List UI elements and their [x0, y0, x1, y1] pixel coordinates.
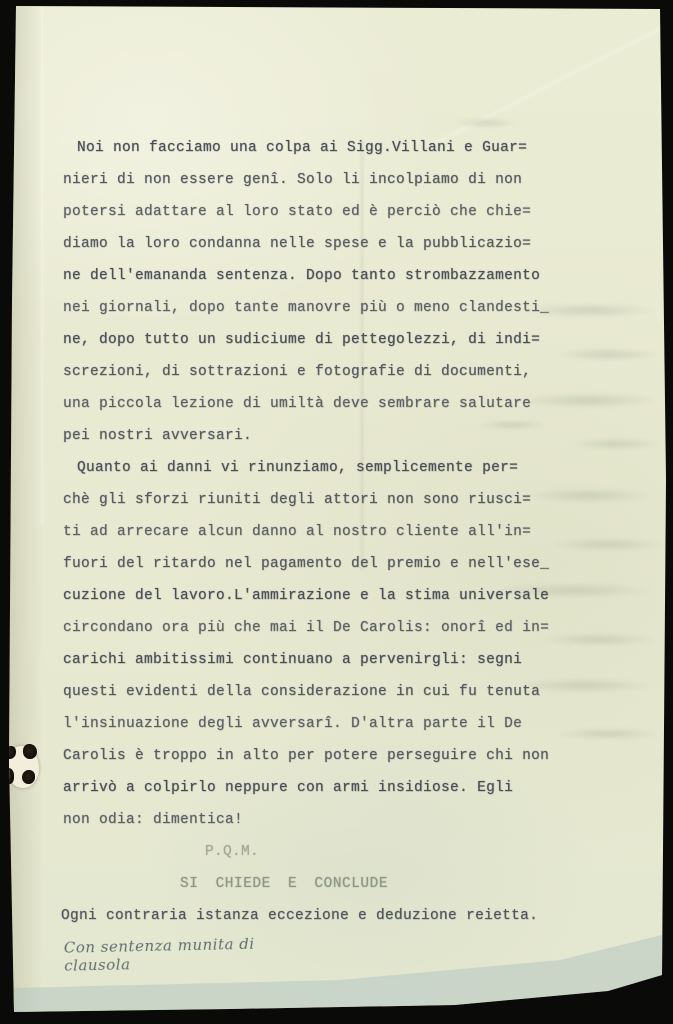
punch-hole: [2, 768, 14, 784]
typed-line: carichi ambitissimi continuano a perveni…: [63, 644, 543, 676]
typed-line: arrivò a colpirlo neppure con armi insid…: [63, 772, 543, 804]
typed-line: screzioni, di sottrazioni e fotografie d…: [63, 356, 543, 388]
typed-line: Noi non facciamo una colpa ai Sigg.Villa…: [63, 132, 543, 164]
bleed-through-mark: [558, 728, 658, 740]
punch-hole: [23, 744, 37, 759]
typed-line: nei giornali, dopo tante manovre più o m…: [63, 292, 543, 324]
typed-line: non odia: dimentica!: [63, 804, 543, 836]
punch-hole-tear: [1, 740, 45, 794]
bleed-through-mark: [553, 538, 663, 551]
typed-line: chè gli sforzi riuniti degli attori non …: [63, 484, 543, 516]
typed-line: una piccola lezione di umiltà deve sembr…: [63, 388, 543, 420]
bleed-through-mark: [528, 488, 650, 503]
typed-line: questi evidenti della considerazione in …: [63, 676, 543, 708]
typed-line: Quanto ai danni vi rinunziamo, semplicem…: [63, 452, 543, 484]
handwritten-annotation: Con sentenza munita di clausola: [64, 933, 325, 974]
typed-line: diamo la loro condanna nelle spese e la …: [63, 228, 543, 260]
bleed-through-mark: [558, 348, 658, 361]
photo-background: Noi non facciamo una colpa ai Sigg.Villa…: [0, 0, 673, 1024]
paragraph-2: Quanto ai danni vi rinunziamo, semplicem…: [63, 452, 543, 836]
typed-line: ti ad arrecare alcun danno al nostro cli…: [63, 516, 543, 548]
typed-line: circondano ora più che mai il De Carolis…: [63, 612, 543, 644]
fold-line-left: [41, 6, 43, 526]
punch-hole: [22, 770, 35, 784]
typed-line: l'insinuazione degli avversarî. D'altra …: [63, 708, 543, 740]
typed-line: fuori del ritardo nel pagamento del prem…: [63, 548, 543, 580]
page-curve-shading: [9, 0, 43, 1024]
typed-line: cuzione del lavoro.L'ammirazione e la st…: [63, 580, 543, 612]
typed-line: ne, dopo tutto un sudiciume di pettegole…: [63, 324, 543, 356]
typed-line: pei nostri avversari.: [63, 420, 543, 452]
paragraph-1: Noi non facciamo una colpa ai Sigg.Villa…: [63, 132, 543, 452]
bleed-through-mark: [543, 633, 655, 646]
typed-line: Carolis è troppo in alto per potere pers…: [63, 740, 543, 772]
typed-line: nieri di non essere genî. Solo li incolp…: [63, 164, 543, 196]
typed-line: ne dell'emananda sentenza. Dopo tanto st…: [63, 260, 543, 292]
closing-line: Ogni contraria istanza eccezione e deduz…: [61, 900, 543, 932]
conclusion-heading: SI CHIEDE E CONCLUDE: [63, 868, 543, 900]
document-page: Noi non facciamo una colpa ai Sigg.Villa…: [0, 0, 673, 1024]
typed-text-block: Noi non facciamo una colpa ai Sigg.Villa…: [63, 132, 543, 932]
typed-line: potersi adattare al loro stato ed è perc…: [63, 196, 543, 228]
bleed-through-mark: [573, 438, 659, 450]
bleed-through-mark: [455, 118, 517, 128]
pqm-line: P.Q.M.: [63, 836, 543, 868]
